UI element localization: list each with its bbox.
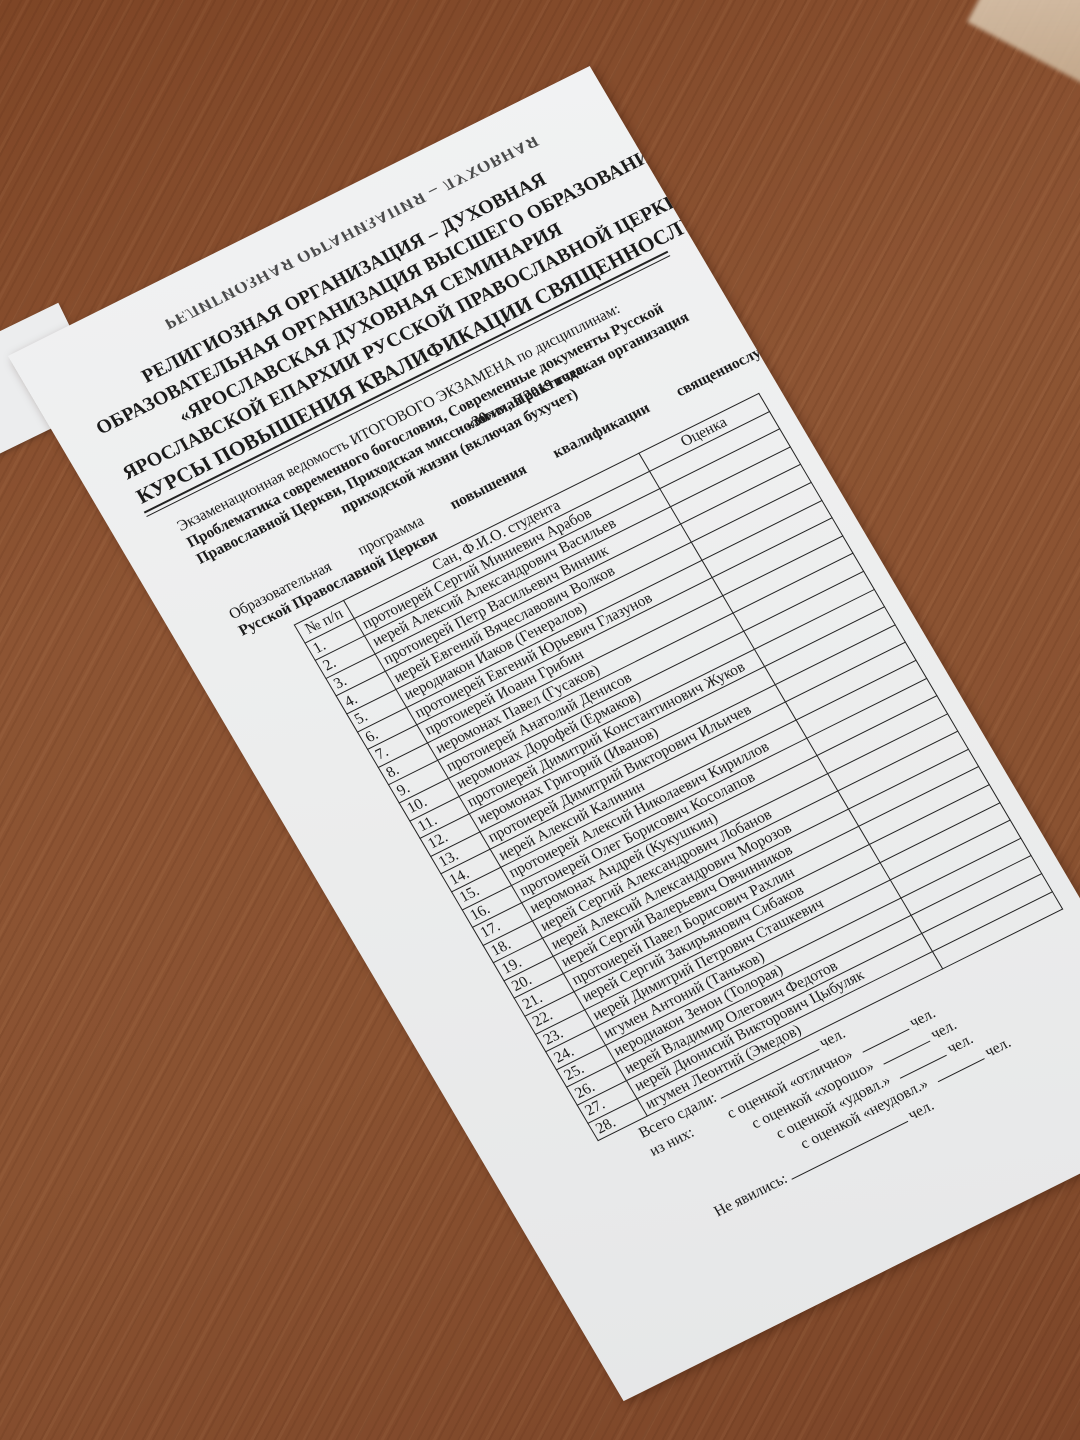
exam-sheet: РЕЛИГИОЗНАЯ ОРГАНИЗАЦИЯ – ДУХОВНАЯ РЕЛИГ… <box>8 66 1080 1401</box>
photo-frame: РЕЛИГИОЗНАЯ ОРГАНИЗАЦИЯ – ДУХОВНАЯ РЕЛИГ… <box>0 0 1080 1440</box>
